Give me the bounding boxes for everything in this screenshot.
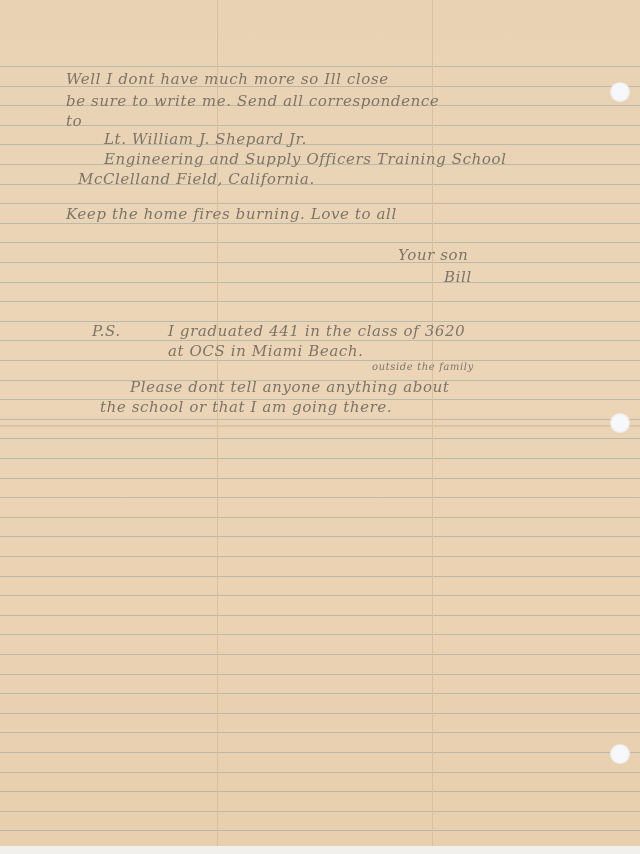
rule-line	[0, 66, 640, 67]
vertical-fold-crease	[432, 0, 433, 846]
rule-line	[0, 340, 640, 341]
ps-line-2: at OCS in Miami Beach.	[168, 342, 364, 360]
closing-line: Keep the home fires burning. Love to all	[66, 205, 397, 223]
rule-line	[0, 556, 640, 557]
rule-line	[0, 732, 640, 733]
rule-line	[0, 595, 640, 596]
rule-line	[0, 674, 640, 675]
address-school: Engineering and Supply Officers Training…	[104, 150, 507, 168]
binder-hole	[610, 413, 630, 433]
rule-line	[0, 654, 640, 655]
rule-line	[0, 811, 640, 812]
body-line-1: Well I dont have much more so Ill close	[66, 70, 389, 88]
vertical-fold-crease	[217, 0, 218, 846]
rule-line	[0, 144, 640, 145]
rule-line	[0, 517, 640, 518]
horizontal-fold-crease	[0, 425, 640, 427]
rule-line	[0, 223, 640, 224]
rule-line	[0, 419, 640, 420]
rule-line	[0, 752, 640, 753]
binder-hole	[610, 82, 630, 102]
address-location: McClelland Field, California.	[78, 170, 315, 188]
ps-insertion: outside the family	[372, 362, 474, 373]
rule-line	[0, 634, 640, 635]
rule-line	[0, 693, 640, 694]
rule-line	[0, 830, 640, 831]
body-line-3: to	[66, 112, 82, 130]
rule-line	[0, 360, 640, 361]
rule-line	[0, 791, 640, 792]
ps-line-4: the school or that I am going there.	[100, 398, 392, 416]
rule-line	[0, 458, 640, 459]
rule-line	[0, 125, 640, 126]
ps-line-3: Please dont tell anyone anything about	[130, 378, 449, 396]
rule-line	[0, 497, 640, 498]
binder-hole	[610, 744, 630, 764]
rule-line	[0, 772, 640, 773]
rule-line	[0, 713, 640, 714]
address-name: Lt. William J. Shepard Jr.	[104, 130, 307, 148]
rule-line	[0, 615, 640, 616]
rule-line	[0, 576, 640, 577]
body-line-2: be sure to write me. Send all correspond…	[66, 92, 439, 110]
signature: Bill	[444, 268, 472, 286]
rule-line	[0, 301, 640, 302]
rule-line	[0, 438, 640, 439]
rule-line	[0, 242, 640, 243]
ps-line-1: I graduated 441 in the class of 3620	[168, 322, 465, 340]
rule-line	[0, 262, 640, 263]
rule-line	[0, 203, 640, 204]
letter-page: Well I dont have much more so Ill close …	[0, 0, 640, 846]
rule-line	[0, 282, 640, 283]
closing-salutation: Your son	[398, 246, 468, 264]
ps-label: P.S.	[92, 322, 121, 340]
rule-line	[0, 478, 640, 479]
rule-line	[0, 536, 640, 537]
